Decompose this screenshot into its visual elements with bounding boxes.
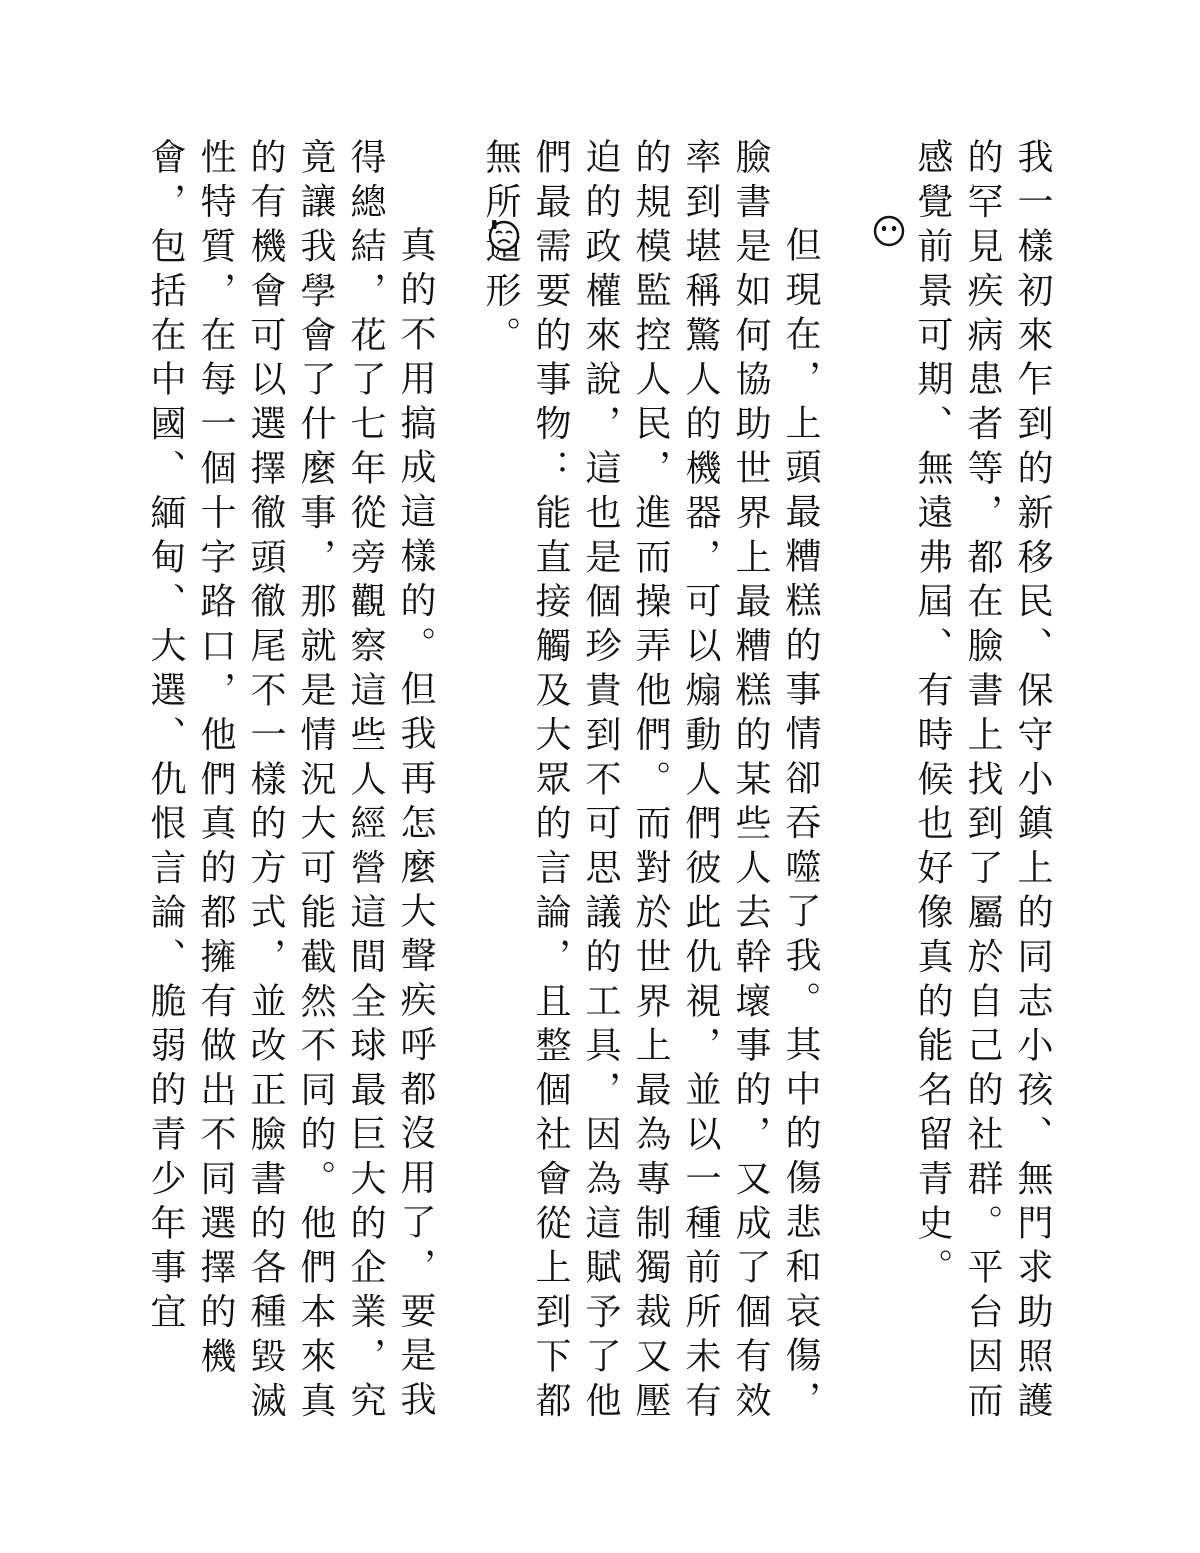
- paragraph-1: 我一樣初來乍到的新移民、保守小鎮上的同志小孩、無門求助照護的罕見疾病患者等，都在…: [957, 138, 1057, 1428]
- neutral-face-icon: [872, 214, 906, 248]
- document-page: 我一樣初來乍到的新移民、保守小鎮上的同志小孩、無門求助照護的罕見疾病患者等，都在…: [0, 0, 1200, 1553]
- downcast-face-with-sweat-icon: [487, 218, 521, 252]
- paragraph-2: 但現在，上頭最糟糕的事情卻吞噬了我。其中的傷悲和哀傷，臉書是如何協助世界上最糟糕…: [575, 138, 825, 1428]
- paragraph-3: 真的不用搞成這樣的。但我再怎麼大聲疾呼都沒用了，要是我得總結，花了七年從旁觀察這…: [240, 138, 440, 1428]
